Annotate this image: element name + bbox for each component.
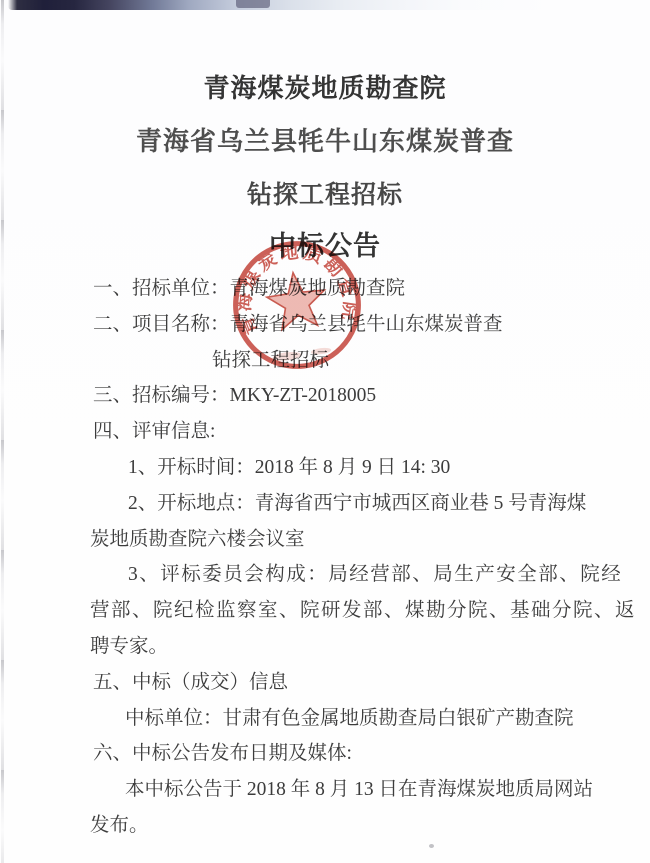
- doc-title-project-line2: 钻探工程招标: [0, 175, 650, 211]
- doc-line-committee-cont2: 聘专家。: [90, 629, 590, 665]
- doc-line-project-name: 二、项目名称：青海省乌兰县牦牛山东煤炭普查: [93, 307, 590, 343]
- doc-line-winning-unit: 中标单位：甘肃有色金属地质勘查局白银矿产勘查院: [125, 701, 590, 737]
- doc-line-tender-number: 三、招标编号：MKY-ZT-2018005: [93, 378, 590, 414]
- doc-line-project-name-cont: 钻探工程招标: [212, 343, 590, 379]
- doc-line-publish-media: 六、中标公告发布日期及媒体:: [93, 736, 590, 772]
- doc-line-publish-date: 本中标公告于 2018 年 8 月 13 日在青海煤炭地质局网站: [125, 772, 590, 808]
- doc-line-tender-unit: 一、招标单位：青海煤炭地质勘查院: [93, 271, 590, 307]
- doc-line-review-info: 四、评审信息:: [93, 414, 590, 450]
- doc-title-organization: 青海煤炭地质勘查院: [0, 68, 650, 105]
- doc-title-announcement: 中标公告: [0, 224, 650, 263]
- doc-body: 一、招标单位：青海煤炭地质勘查院 二、项目名称：青海省乌兰县牦牛山东煤炭普查 钻…: [90, 271, 590, 844]
- scan-artifact-dot: [429, 844, 434, 848]
- scan-artifact-top-edge: [8, 0, 610, 10]
- doc-line-opening-place: 2、开标地点：青海省西宁市城西区商业巷 5 号青海煤: [128, 486, 590, 522]
- scanned-document-page: 青海煤炭地质勘查院 青海省乌兰县牦牛山东煤炭普查 钻探工程招标 中标公告 一、招…: [0, 0, 650, 863]
- doc-line-publish-cont: 发布。: [90, 808, 590, 844]
- doc-line-award-info: 五、中标（成交）信息: [93, 665, 590, 701]
- doc-line-opening-time: 1、开标时间：2018 年 8 月 9 日 14: 30: [128, 450, 590, 486]
- doc-title-project: 青海省乌兰县牦牛山东煤炭普查: [0, 121, 650, 158]
- doc-line-committee-cont: 营部、院纪检监察室、院研发部、煤勘分院、基础分院、返: [90, 593, 590, 629]
- scan-artifact-top-blob: [236, 0, 270, 8]
- doc-line-opening-place-cont: 炭地质勘查院六楼会议室: [90, 522, 590, 558]
- doc-line-committee: 3、评标委员会构成：局经营部、局生产安全部、院经: [128, 557, 590, 593]
